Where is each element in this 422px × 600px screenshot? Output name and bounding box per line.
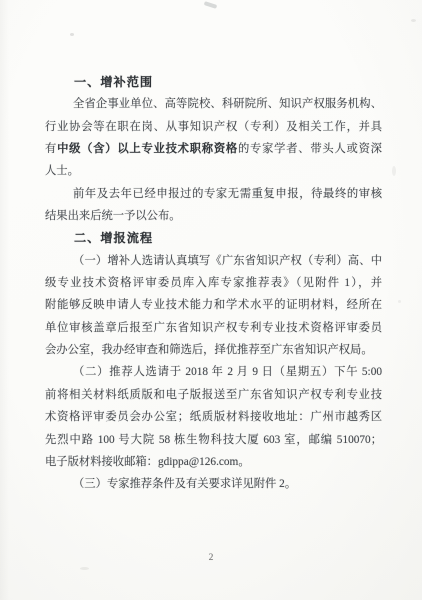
document-line: 结果出来后统一予以公布。 <box>45 205 382 227</box>
text-segment: 术资格评审委员会办公室；纸质版材料接收地址：广州市越秀区 <box>45 411 382 423</box>
page-number: 2 <box>0 553 422 563</box>
text-segment: 行业协会等在职在岗、从事知识产权（专利）及相关工作，并具 <box>45 121 382 133</box>
document-line: 级专业技术资格评审委员库入库专家推荐表》（见附件 1），并 <box>45 272 382 294</box>
document-line: 会办公室，我办经审查和筛选后，择优推荐至广东省知识产权局。 <box>45 339 382 361</box>
scan-edge-shading <box>0 0 9 600</box>
document-line: 术资格评审委员会办公室；纸质版材料接收地址：广州市越秀区 <box>45 406 382 428</box>
text-segment: 单位审核盖章后报至广东省知识产权专利专业技术资格评审委员 <box>45 322 382 334</box>
text-segment: 结果出来后统一予以公布。 <box>45 210 181 222</box>
document-line: 人士。 <box>45 160 382 182</box>
emphasized-text: 中级（含）以上专业技术职称资格 <box>57 143 238 155</box>
text-segment: （三）专家推荐条件及有关要求详见附件 2。 <box>73 478 296 490</box>
text-segment: 的专家学者、带头人或资深 <box>238 143 382 155</box>
document-line: 先烈中路 100 号大院 58 栋生物科技大厦 603 室，邮编 510070； <box>45 429 382 451</box>
document-line: 有中级（含）以上专业技术职称资格的专家学者、带头人或资深 <box>45 138 382 160</box>
text-segment: （一）增补人选请认真填写《广东省知识产权（专利）高、中 <box>73 255 382 267</box>
text-segment: 前年及去年已经申报过的专家无需重复申报，待最终的审核 <box>73 188 382 200</box>
document-line: （二）推荐人选请于 2018 年 2 月 9 日（星期五）下午 5:00 <box>45 361 382 383</box>
document-line: 电子版材料接收邮箱：gdippa@126.com。 <box>45 451 382 473</box>
text-segment: 有 <box>45 143 57 155</box>
section-heading: 二、增报流程 <box>45 227 382 249</box>
scan-artifact <box>204 1 218 9</box>
document-content: 一、增补范围全省企事业单位、高等院校、科研院所、知识产权服务机构、行业协会等在职… <box>45 71 382 496</box>
scan-artifact <box>70 33 74 36</box>
text-segment: 电子版材料接收邮箱：gdippa@126.com。 <box>45 456 250 468</box>
text-segment: （二）推荐人选请于 2018 年 2 月 9 日（星期五）下午 5:00 <box>73 366 382 378</box>
text-segment: 人士。 <box>45 165 79 177</box>
scanned-document-page: 一、增补范围全省企事业单位、高等院校、科研院所、知识产权服务机构、行业协会等在职… <box>0 0 422 600</box>
scan-artifact <box>398 300 401 303</box>
document-line: 全省企事业单位、高等院校、科研院所、知识产权服务机构、 <box>45 93 382 115</box>
scan-artifact <box>80 567 89 570</box>
document-line: （三）专家推荐条件及有关要求详见附件 2。 <box>45 473 382 495</box>
text-segment: 附能够反映申请人专业技术能力和学术水平的证明材料，经所在 <box>45 299 382 311</box>
document-line: 单位审核盖章后报至广东省知识产权专利专业技术资格评审委员 <box>45 317 382 339</box>
document-line: 前年及去年已经申报过的专家无需重复申报，待最终的审核 <box>45 183 382 205</box>
text-segment: 前将相关材料纸质版和电子版报送至广东省知识产权专利专业技 <box>45 389 382 401</box>
document-line: （一）增补人选请认真填写《广东省知识产权（专利）高、中 <box>45 250 382 272</box>
section-heading: 一、增补范围 <box>45 71 382 93</box>
text-segment: 全省企事业单位、高等院校、科研院所、知识产权服务机构、 <box>73 98 382 110</box>
scan-artifact <box>392 166 396 176</box>
document-line: 附能够反映申请人专业技术能力和学术水平的证明材料，经所在 <box>45 294 382 316</box>
text-segment: 先烈中路 100 号大院 58 栋生物科技大厦 603 室，邮编 510070； <box>45 434 382 446</box>
text-segment: 会办公室，我办经审查和筛选后，择优推荐至广东省知识产权局。 <box>45 344 373 356</box>
scan-artifact <box>411 19 416 22</box>
text-segment: 级专业技术资格评审委员库入库专家推荐表》（见附件 1），并 <box>45 277 382 289</box>
document-line: 行业协会等在职在岗、从事知识产权（专利）及相关工作，并具 <box>45 116 382 138</box>
document-line: 前将相关材料纸质版和电子版报送至广东省知识产权专利专业技 <box>45 384 382 406</box>
